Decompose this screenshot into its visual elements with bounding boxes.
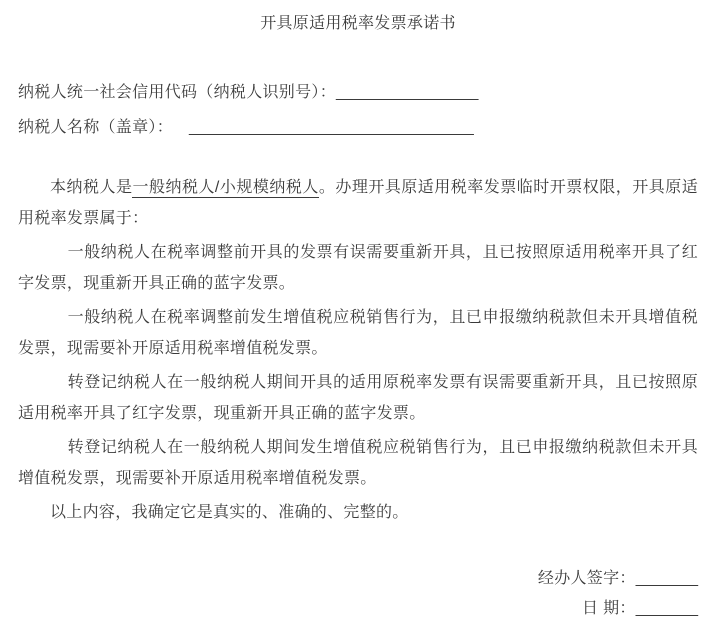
- field-taxpayer-name-blank: ________________________________: [189, 119, 474, 136]
- commitment-letter-document: 开具原适用税率发票承诺书 纳税人统一社会信用代码（纳税人识别号）：_______…: [0, 0, 723, 623]
- field-taxpayer-name: 纳税人名称（盖章）：______________________________…: [18, 110, 698, 145]
- item-paragraph-4: 转登记纳税人在一般纳税人期间发生增值税应税销售行为，且已申报缴纳税款但未开具增值…: [18, 432, 698, 494]
- taxpayer-fields: 纳税人统一社会信用代码（纳税人识别号）：________________ 纳税人…: [18, 75, 698, 145]
- document-title: 开具原适用税率发票承诺书: [18, 13, 698, 35]
- signature-label: 经办人签字：: [538, 570, 636, 587]
- item-paragraph-2: 一般纳税人在税率调整前发生增值税应税销售行为，且已申报缴纳税款但未开具增值税发票…: [18, 302, 698, 364]
- closing-paragraph: 以上内容，我确定它是真实的、准确的、完整的。: [18, 497, 698, 528]
- signature-row: 经办人签字：_______: [18, 564, 698, 594]
- field-taxpayer-credit-code-blank: ________________: [336, 84, 478, 101]
- item-paragraph-1: 一般纳税人在税率调整前开具的发票有误需要重新开具，且已按照原适用税率开具了红字发…: [18, 237, 698, 299]
- date-blank: _______: [636, 600, 698, 617]
- intro-paragraph: 本纳税人是一般纳税人/小规模纳税人。办理开具原适用税率发票临时开票权限，开具原适…: [18, 172, 698, 234]
- signature-blank: _______: [636, 570, 698, 587]
- taxpayer-type-underlined-text: 一般纳税人/小规模纳税人: [132, 179, 318, 198]
- date-label: 日 期：: [582, 600, 636, 617]
- intro-prefix: 本纳税人是: [50, 179, 132, 196]
- item-paragraph-3: 转登记纳税人在一般纳税人期间开具的适用原税率发票有误需要重新开具，且已按照原适用…: [18, 367, 698, 429]
- document-body: 本纳税人是一般纳税人/小规模纳税人。办理开具原适用税率发票临时开票权限，开具原适…: [18, 172, 698, 528]
- date-row: 日 期：_______: [18, 594, 698, 623]
- signature-block: 经办人签字：_______ 日 期：_______: [18, 564, 698, 623]
- field-taxpayer-credit-code: 纳税人统一社会信用代码（纳税人识别号）：________________: [18, 75, 698, 110]
- field-taxpayer-credit-code-label: 纳税人统一社会信用代码（纳税人识别号）：: [18, 84, 336, 101]
- field-taxpayer-name-label: 纳税人名称（盖章）：: [18, 119, 173, 136]
